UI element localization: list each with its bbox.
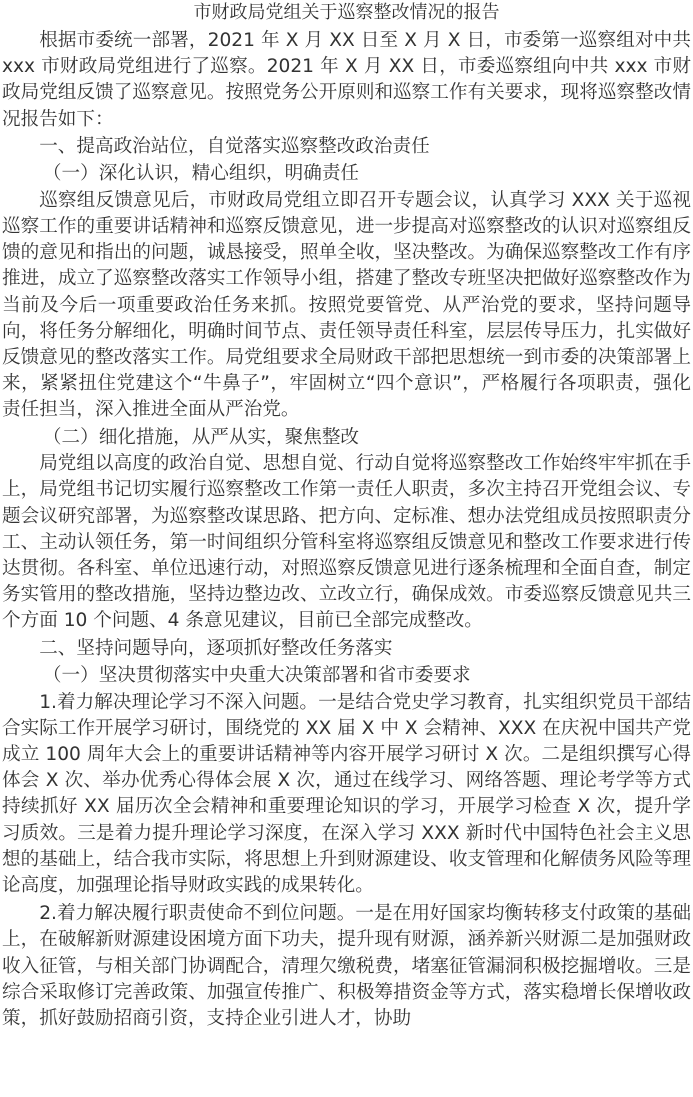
section-2: 二、坚持问题导向，逐项抓好整改任务落实 （一）坚决贯彻落实中央重大决策部署和省市…: [2, 635, 691, 1033]
subsection-1-1: （一）深化认识，精心组织，明确责任 巡察组反馈意见后，市财政局党组立即召开专题会…: [2, 160, 691, 423]
body-paragraph: 巡察组反馈意见后，市财政局党组立即召开专题会议，认真学习 XXX 关于巡视巡察工…: [2, 188, 691, 424]
body-paragraph: 2.着力解决履行职责使命不到位问题。一是在用好国家均衡转移支付政策的基础上，在破…: [2, 901, 691, 1032]
subsection-heading: （一）坚决贯彻落实中央重大决策部署和省市委要求: [2, 662, 691, 690]
section-1: 一、提高政治站位，自觉落实巡察整改政治责任 （一）深化认识，精心组织，明确责任 …: [2, 133, 691, 635]
intro-paragraph: 根据市委统一部署，2021 年 X 月 XX 日至 X 月 X 日，市委第一巡察…: [2, 28, 691, 133]
body-paragraph: 局党组以高度的政治自觉、思想自觉、行动自觉将巡察整改工作始终牢牢抓在手上，局党组…: [2, 451, 691, 634]
section-heading: 一、提高政治站位，自觉落实巡察整改政治责任: [2, 133, 691, 161]
section-heading: 二、坚持问题导向，逐项抓好整改任务落实: [2, 635, 691, 663]
body-paragraph: 1.着力解决理论学习不深入问题。一是结合党史学习教育，扎实组织党员干部结合实际工…: [2, 690, 691, 900]
subsection-heading: （一）深化认识，精心组织，明确责任: [2, 160, 691, 188]
document-title: 市财政局党组关于巡察整改情况的报告: [2, 0, 691, 26]
subsection-2-1: （一）坚决贯彻落实中央重大决策部署和省市委要求 1.着力解决理论学习不深入问题。…: [2, 662, 691, 1032]
document: 市财政局党组关于巡察整改情况的报告 根据市委统一部署，2021 年 X 月 XX…: [2, 0, 691, 1032]
subsection-1-2: （二）细化措施，从严从实，聚焦整改 局党组以高度的政治自觉、思想自觉、行动自觉将…: [2, 424, 691, 635]
subsection-heading: （二）细化措施，从严从实，聚焦整改: [2, 424, 691, 452]
